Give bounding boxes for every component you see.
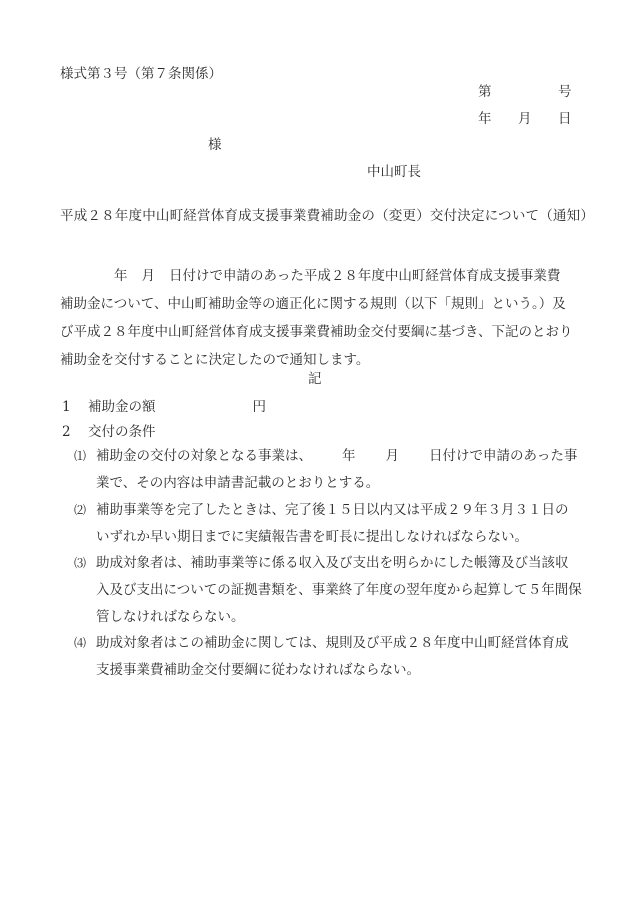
body-line-1-rest: 日付けで申請のあった平成２８年度中山町経営体育成支援事業費 [169,268,560,284]
condition-2: ⑵補助事業等を完了したときは、完了後１５日以内又は平成２９年３月３１日の いずれ… [74,497,574,551]
body-paragraph: 年月日付けで申請のあった平成２８年度中山町経営体育成支援事業費 補助金について、… [60,262,574,374]
sender-name: 中山町長 [367,162,421,182]
doc-number-suffix: 号 [558,82,572,102]
yen-unit: 円 [253,397,267,417]
body-year-label: 年 [114,268,128,284]
date-day: 日 [558,109,572,129]
addressee-honorific: 様 [208,135,222,155]
condition-line: 入及び支出についての証拠書類を、事業終了年度の翌年度から起算して５年間保 [74,577,574,604]
form-label: 様式第３号（第７条関係） [60,64,222,84]
ki-heading: 記 [308,369,322,389]
item-subsidy-amount: 1補助金の額円 [62,397,266,417]
body-line-2: 補助金について、中山町補助金等の適正化に関する規則（以下「規則」という。）及 [60,290,574,318]
condition-line: ⑷助成対象者はこの補助金に関しては、規則及び平成２８年度中山町経営体育成 [74,630,574,657]
date-month: 月 [518,109,532,129]
date-year: 年 [478,109,492,129]
item-label: 補助金の額 [88,399,156,415]
condition-number: ⑷ [74,630,96,657]
condition-text: 助成対象者は、補助事業等に係る収入及び支出を明らかにした帳簿及び当該収 [96,555,569,571]
condition-line: ⑶助成対象者は、補助事業等に係る収入及び支出を明らかにした帳簿及び当該収 [74,550,574,577]
condition-line: ⑵補助事業等を完了したときは、完了後１５日以内又は平成２９年３月３１日の [74,497,574,524]
condition-text: 日付けで申請のあった事 [429,448,577,464]
condition-text: 補助金の交付の対象となる事業は、 [96,448,312,464]
condition-line: いずれか早い期日までに実績報告書を町長に提出しなければならない。 [74,524,574,551]
condition-number: ⑴ [74,443,96,470]
condition-line: ⑴補助金の交付の対象となる事業は、年月日付けで申請のあった事 [74,443,574,470]
condition-number: ⑵ [74,497,96,524]
body-line-3: び平成２８年度中山町経営体育成支援事業費補助金交付要綱に基づき、下記のとおり [60,318,574,346]
doc-number-prefix: 第 [478,82,492,102]
condition-line: 業で、その内容は申請書記載のとおりとする。 [74,470,574,497]
condition-line: 管しなければならない。 [74,604,574,631]
condition-text: 助成対象者はこの補助金に関しては、規則及び平成２８年度中山町経営体育成 [96,635,569,651]
item-number: 1 [62,397,88,417]
condition-month-label: 月 [386,448,400,464]
item-grant-conditions: 2交付の条件 [62,422,156,442]
condition-line: 支援事業費補助金交付要綱に従わなければならない。 [74,657,574,684]
condition-year-label: 年 [342,448,356,464]
condition-4: ⑷助成対象者はこの補助金に関しては、規則及び平成２８年度中山町経営体育成 支援事… [74,630,574,684]
condition-text: 補助事業等を完了したときは、完了後１５日以内又は平成２９年３月３１日の [96,502,569,518]
body-month-label: 月 [142,268,156,284]
document-page: 様式第３号（第７条関係） 第 号 年 月 日 様 中山町長 平成２８年度中山町経… [0,0,630,915]
body-line-1: 年月日付けで申請のあった平成２８年度中山町経営体育成支援事業費 [60,262,574,290]
condition-number: ⑶ [74,550,96,577]
item-label: 交付の条件 [88,424,156,440]
condition-1: ⑴補助金の交付の対象となる事業は、年月日付けで申請のあった事 業で、その内容は申… [74,443,574,497]
condition-3: ⑶助成対象者は、補助事業等に係る収入及び支出を明らかにした帳簿及び当該収 入及び… [74,550,574,631]
item-number: 2 [62,422,88,442]
document-subject: 平成２８年度中山町経営体育成支援事業費補助金の（変更）交付決定について（通知） [60,206,594,226]
